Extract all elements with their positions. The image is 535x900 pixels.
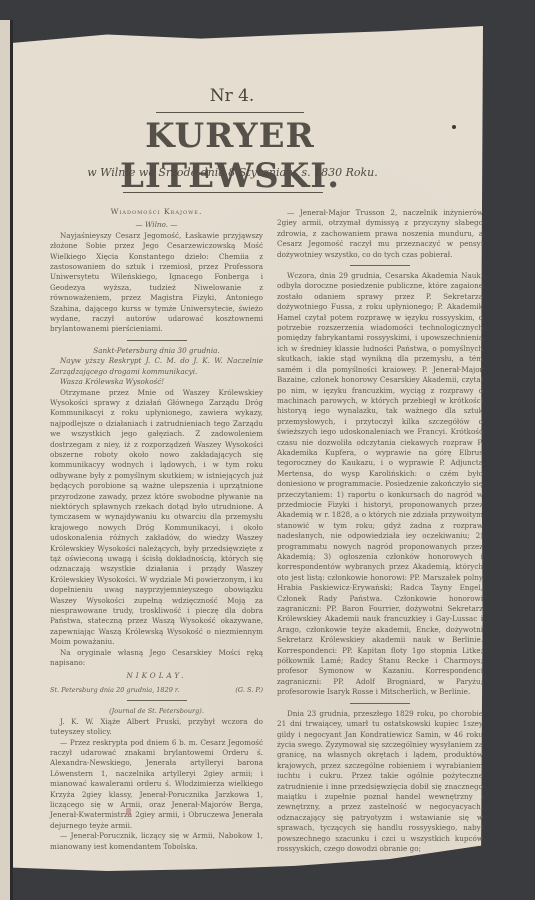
rescript-title: Nayw yższy Reskrypt J. C. M. do J. K. W.…	[50, 356, 263, 377]
article-paragraph: J. K. W. Xiąże Albert Pruski, przybył wc…	[50, 717, 263, 738]
article-paragraph: Otrzymane przez Mnie od Waszey Królewski…	[50, 388, 263, 648]
left-column: Wiadomości Krajowe. — Wilno. — Nayjaśnie…	[50, 207, 263, 852]
article-paragraph: — Przez reskrypta pod dniem 6 b. m. Cesa…	[50, 738, 263, 832]
article-paragraph: Wczora, dnia 29 grudnia, Cesarska Akadem…	[277, 271, 483, 698]
right-column: — Jenerał-Major Trusson 2, naczelnik inż…	[277, 208, 483, 854]
article-paragraph: — Jenerał-Major Trusson 2, naczelnik inż…	[277, 208, 483, 260]
signature-place: St. Petersburg dnia 20 grudnia, 1829 r.	[50, 685, 179, 695]
signature-source: (G. S. P.)	[235, 685, 263, 695]
divider	[156, 112, 304, 113]
divider	[127, 340, 187, 341]
ink-stain	[126, 808, 131, 815]
divider	[127, 700, 187, 701]
divider	[350, 703, 410, 704]
article-paragraph: Dnia 23 grudnia, przeszłego 1829 roku, p…	[277, 709, 483, 855]
section-heading: Wiadomości Krajowe.	[50, 207, 263, 217]
article-paragraph: Na oryginale własną Jego Cesarskiey Mośc…	[50, 648, 263, 669]
adjacent-page-edge	[0, 20, 10, 900]
issue-number: Nr 4.	[187, 86, 277, 106]
ink-spot	[452, 125, 456, 129]
divider	[123, 192, 323, 193]
article-paragraph: — Jenerał-Porucznik, liczący się w Armii…	[50, 831, 263, 852]
dateline-heading: Sankt-Petersburg dnia 30 grudnia.	[50, 346, 263, 356]
place-heading: — Wilno. —	[50, 220, 263, 230]
article-paragraph: Nayjaśnieyszy Cesarz Jegomość, Łaskawie …	[50, 231, 263, 335]
source-note: (Journal de St. Petersbourg).	[50, 706, 263, 716]
signature-dateline: St. Petersburg dnia 20 grudnia, 1829 r. …	[50, 685, 263, 695]
salutation: Wasza Królewska Wysokość!	[50, 377, 263, 387]
newspaper-title: KURYER LITEWSKI.	[30, 116, 430, 196]
signature: NIKOLAY.	[50, 671, 263, 681]
divider	[350, 265, 410, 266]
binding-shadow	[10, 20, 13, 900]
dateline: w Wilnie we Srzodę dnia 8 Stycznia v. s.…	[40, 166, 425, 179]
